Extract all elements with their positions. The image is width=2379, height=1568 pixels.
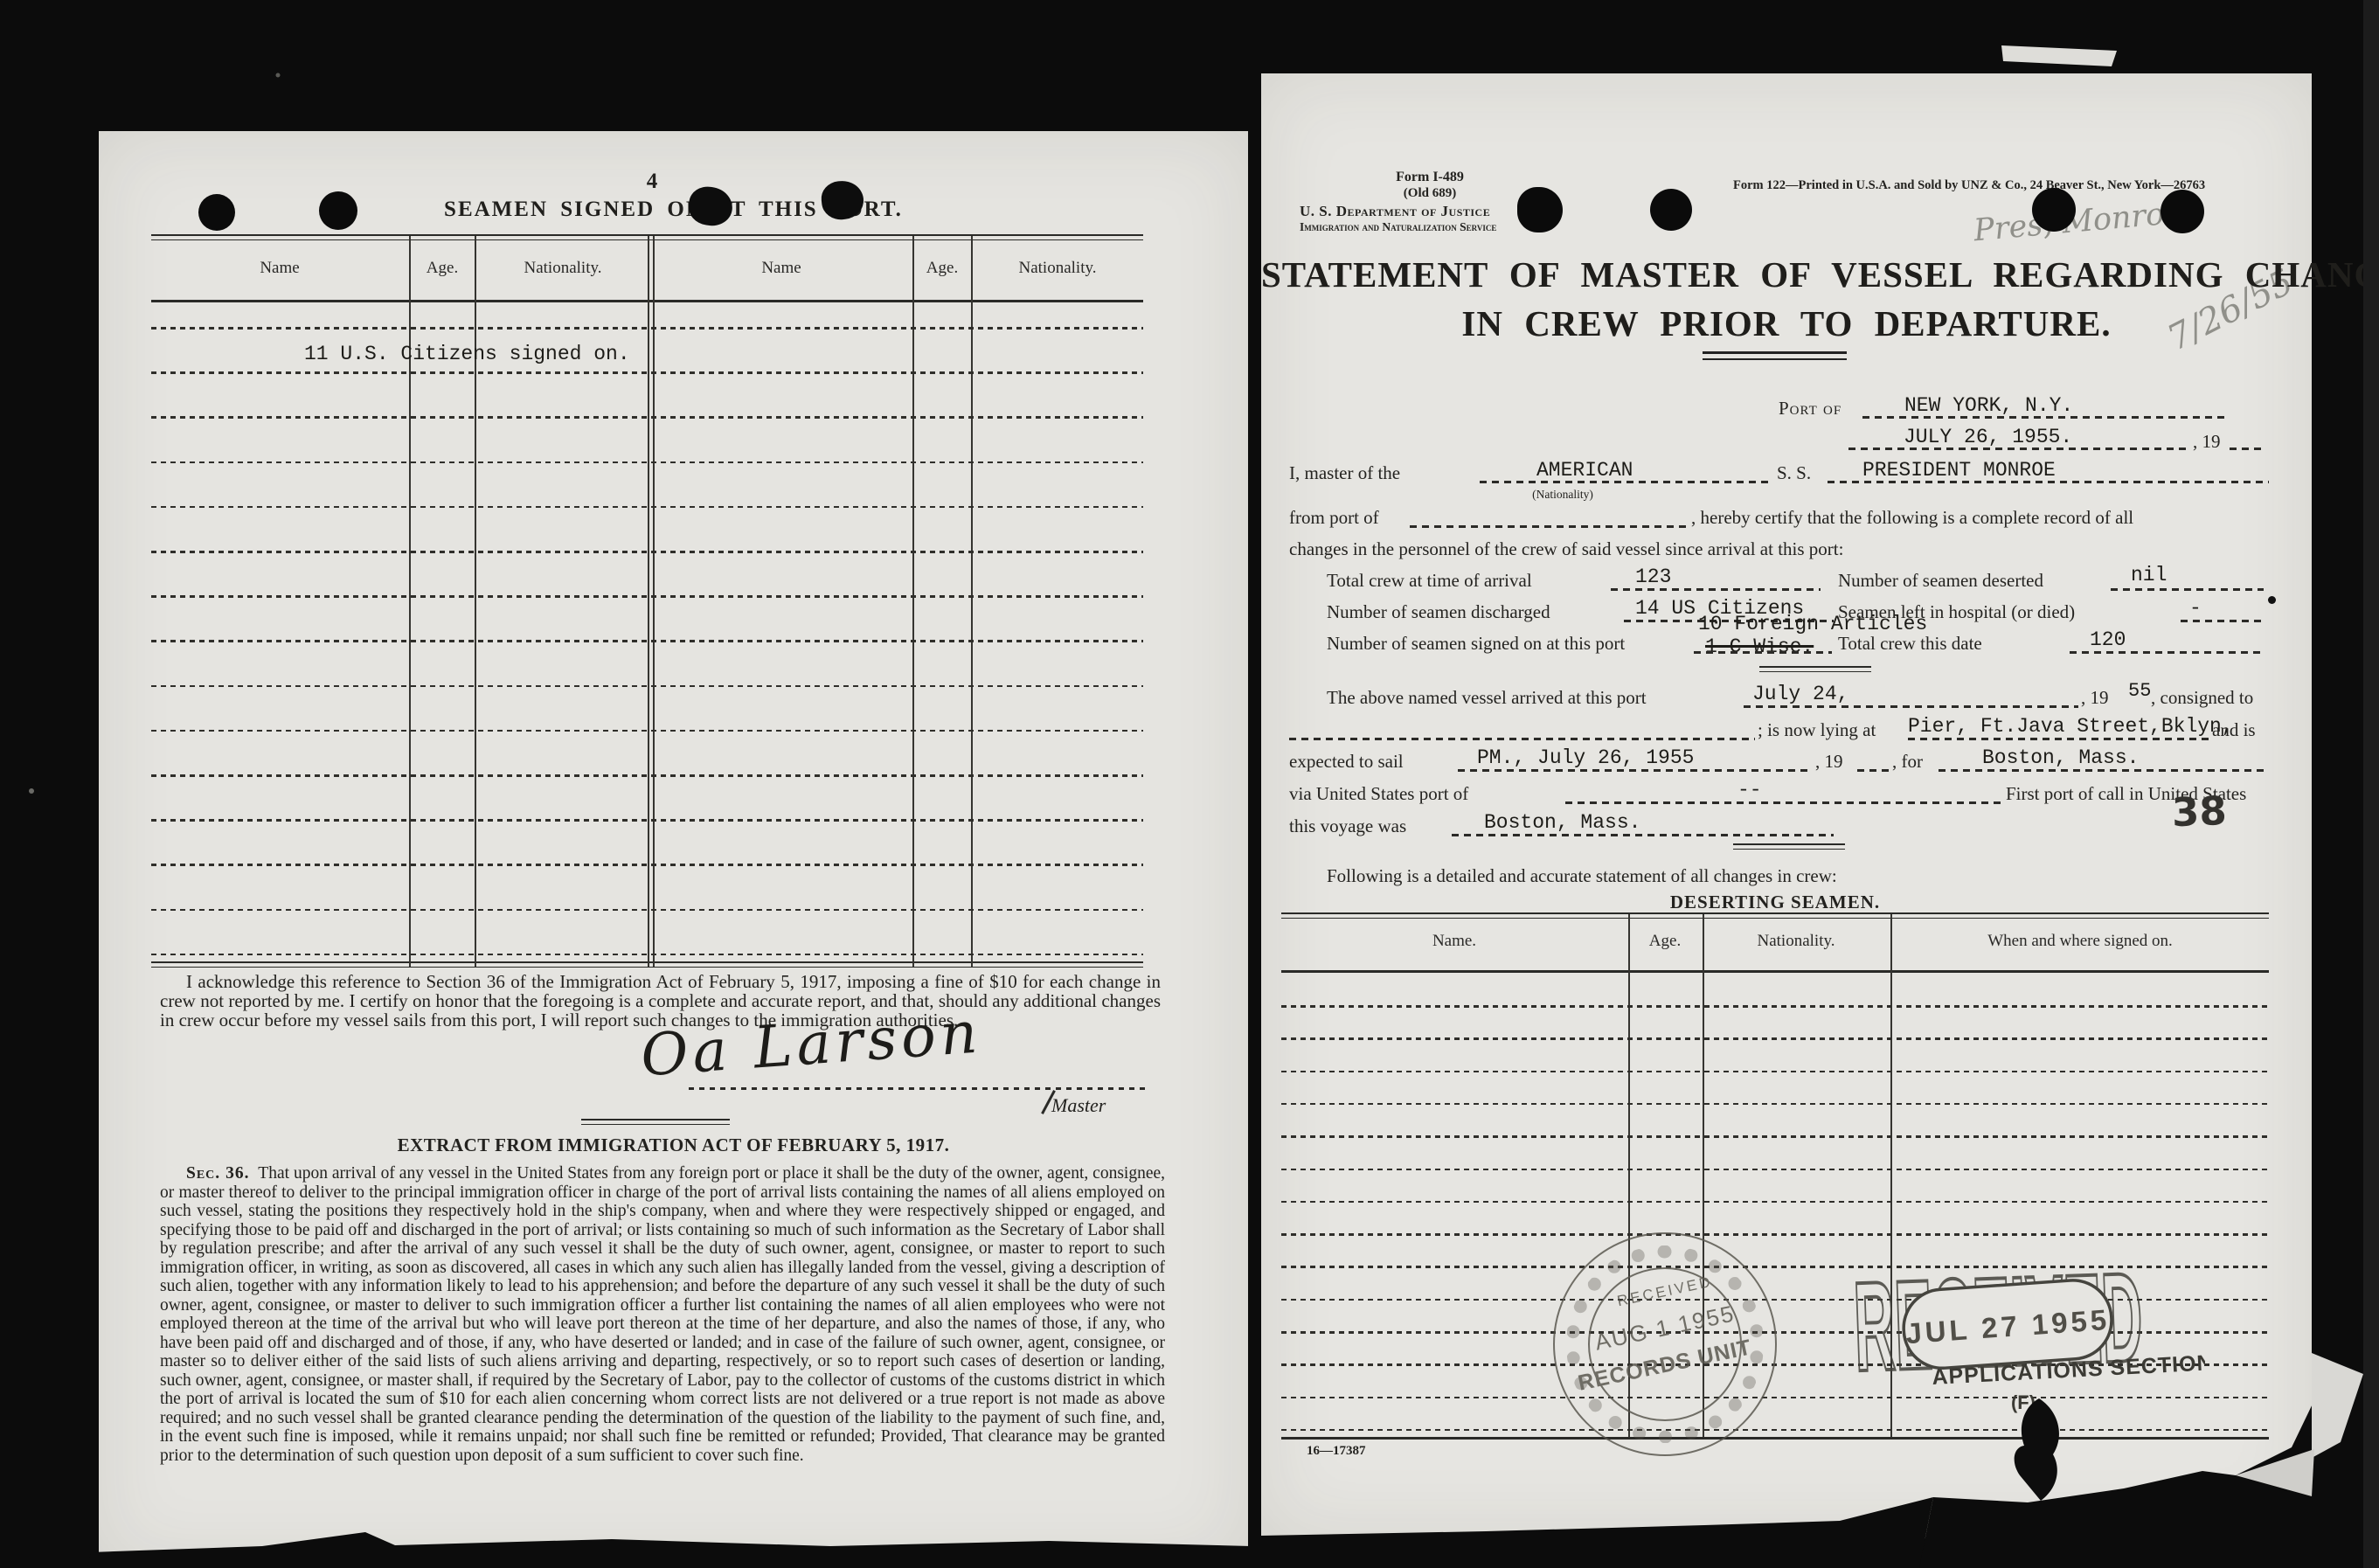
dust-speck <box>29 788 34 794</box>
bent-corner <box>2312 1353 2363 1458</box>
scanned-document: 4 SEAMEN SIGNED ON AT THIS PORT. Name Ag… <box>0 0 2379 1568</box>
scan-artifacts <box>0 0 2379 1568</box>
right-page-bottom-edge <box>1259 1497 1933 1568</box>
paper-sliver <box>2001 45 2117 66</box>
scan-edge-strip <box>2363 0 2379 1568</box>
right-page-torn-corner <box>1919 1400 2325 1568</box>
left-page-torn-edge <box>87 1532 1251 1568</box>
dust-speck <box>276 73 281 78</box>
